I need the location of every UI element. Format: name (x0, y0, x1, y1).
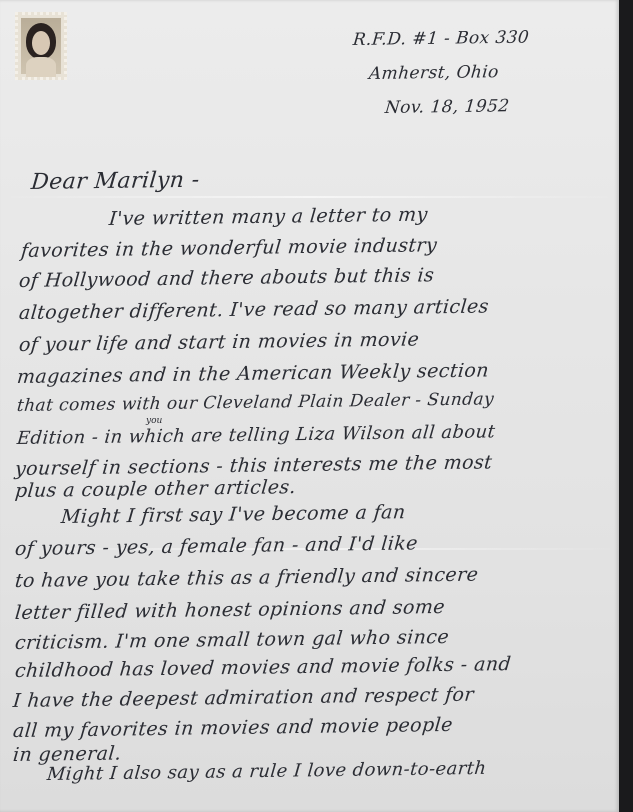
body-line: magazines and in the American Weekly sec… (16, 359, 490, 388)
address-line-2: Amherst, Ohio (368, 62, 500, 84)
body-line: Edition - in which are telling Liza Wils… (16, 421, 496, 449)
letter-date: Nov. 18, 1952 (384, 96, 510, 118)
salutation: Dear Marilyn - (30, 168, 201, 195)
body-line: of your life and start in movies in movi… (18, 328, 420, 356)
body-line: childhood has loved movies and movie fol… (14, 653, 512, 682)
paper-fold-line (0, 196, 619, 198)
address-line-1: R.F.D. #1 - Box 330 (352, 28, 530, 50)
body-line: criticism. I'm one small town gal who si… (14, 626, 450, 654)
body-line: of yours - yes, a female fan - and I'd l… (14, 532, 419, 560)
portrait-photo (15, 12, 67, 80)
body-line: all my favorites in movies and movie peo… (12, 714, 454, 742)
body-line: altogether different. I've read so many … (18, 295, 490, 324)
body-line: Might I first say I've become a fan (60, 501, 407, 528)
body-line: plus a couple other articles. (14, 476, 297, 502)
letter-page: R.F.D. #1 - Box 330 Amherst, Ohio Nov. 1… (0, 0, 619, 812)
body-line: letter filled with honest opinions and s… (14, 596, 446, 624)
photo-shoulders (26, 57, 56, 77)
body-line: that comes with our Cleveland Plain Deal… (16, 389, 495, 416)
body-line: to have you take this as a friendly and … (14, 564, 479, 592)
body-line: I have the deepest admiration and respec… (12, 684, 475, 712)
inserted-word: you (146, 416, 162, 426)
body-line: I've written many a letter to my (108, 204, 429, 230)
body-line: favorites in the wonderful movie industr… (20, 234, 438, 262)
photo-face (32, 31, 50, 55)
body-line: of Hollywood and there abouts but this i… (18, 264, 435, 292)
